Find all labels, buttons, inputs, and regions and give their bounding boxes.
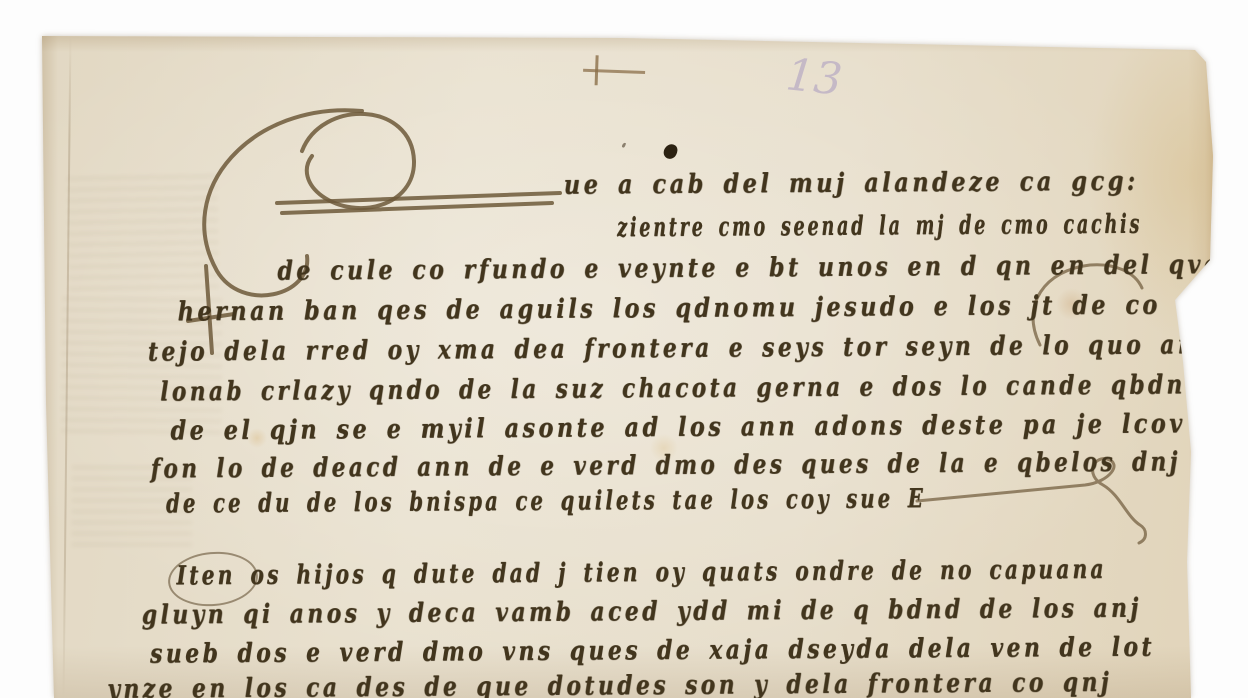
manuscript-line: sueb dos e verd dmo vns ques de xaja dse…	[150, 632, 1155, 669]
manuscript-line: ue a cab del muj alandeze ca gcg:	[564, 166, 1139, 200]
handwritten-text-block: ue a cab del muj alandeze ca gcg: zientr…	[40, 32, 1217, 698]
manuscript-line-cut-off: ynze en los ca des de que dotudes son y …	[107, 668, 1112, 698]
manuscript-line: hernan ban qes de aguils los qdnomu jesu…	[178, 290, 1228, 327]
manuscript-line: gluyn qi anos y deca vamb aced ydd mi de…	[142, 593, 1142, 630]
manuscript-paper: 13 ue a cab del	[42, 36, 1214, 698]
manuscript-line: de el qjn se e myil asonte ad los ann ad…	[170, 409, 1185, 446]
manuscript-line: zientre cmo seenad la mj de cmo cachis	[617, 209, 1142, 243]
paper-shadow: 13 ue a cab del	[0, 0, 1248, 698]
manuscript-line: de ce du de los bnispa ce quilets tae lo…	[166, 484, 926, 519]
manuscript-line: tejo dela rred oy xma dea frontera e sey…	[148, 330, 1228, 368]
manuscript-line: fon lo de deacd ann de e verd dmo des qu…	[151, 447, 1181, 484]
manuscript-line: de cule co rfundo e veynte e bt unos en …	[277, 250, 1222, 287]
manuscript-photo: 13 ue a cab del	[0, 0, 1248, 698]
manuscript-line: lonab crlazy qndo de la suz chacota gern…	[160, 370, 1215, 407]
manuscript-line: Iten os hijos q dute dad j tien oy quats…	[176, 555, 1106, 591]
